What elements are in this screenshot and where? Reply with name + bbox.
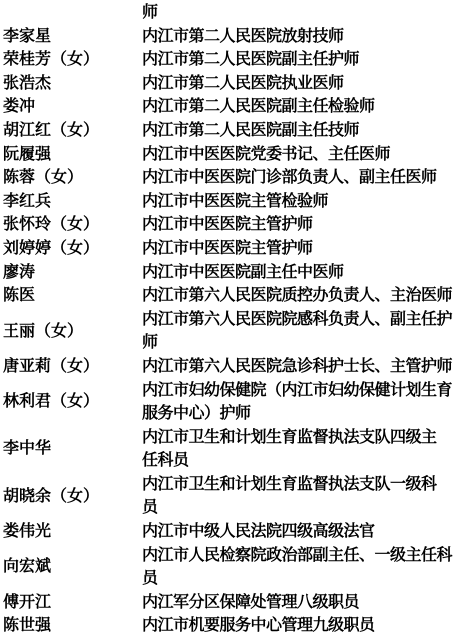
person-name: 胡晓余（女） (3, 485, 142, 509)
person-title: 内江市第六人民医院急诊科护士长、主管护师 (142, 355, 468, 379)
list-item: 娄伟光 内江市中级人民法院四级高级法官 (3, 520, 468, 544)
list-item: 傅开江 内江军分区保障处管理八级职员 (3, 591, 468, 615)
list-item: 向宏斌 内江市人民检察院政治部副主任、一级主任科 员 (3, 544, 468, 591)
list-item: 刘婷婷（女） 内江市中医医院主管护师 (3, 237, 468, 261)
person-name: 胡江红（女） (3, 119, 142, 143)
person-title: 内江市中级人民法院四级高级法官 (142, 520, 468, 544)
person-title: 内江市第二人民医院副主任护师 (142, 48, 468, 72)
list-item: 陈世强 内江市机要服务中心管理九级职员 (3, 614, 468, 638)
person-name: 娄冲 (3, 95, 142, 119)
list-item: 胡晓余（女） 内江市卫生和计划生育监督执法支队一级科 员 (3, 473, 468, 520)
list-item: 李红兵 内江市中医医院主管检验师 (3, 190, 468, 214)
list-item: 陈蓉（女） 内江市中医医院门诊部负责人、副主任医师 (3, 166, 468, 190)
person-name: 张怀玲（女） (3, 213, 142, 237)
roster-page: 师 李家星 内江市第二人民医院放射技师 荣桂芳（女） 内江市第二人民医院副主任护… (0, 0, 468, 640)
list-item: 阮履强 内江市中医医院党委书记、主任医师 (3, 143, 468, 167)
list-item: 张浩杰 内江市第二人民医院执业医师 (3, 72, 468, 96)
person-name: 娄伟光 (3, 520, 142, 544)
list-item: 李家星 内江市第二人民医院放射技师 (3, 25, 468, 49)
person-name: 陈蓉（女） (3, 166, 142, 190)
list-item: 荣桂芳（女） 内江市第二人民医院副主任护师 (3, 48, 468, 72)
person-name: 陈医 (3, 284, 142, 308)
person-title: 内江市第六人民医院质控办负责人、主治医师 (142, 284, 468, 308)
person-title: 内江市第二人民医院放射技师 (142, 25, 468, 49)
person-title: 内江市卫生和计划生育监督执法支队四级主 任科员 (142, 426, 468, 473)
list-item: 唐亚莉（女） 内江市第六人民医院急诊科护士长、主管护师 (3, 355, 468, 379)
person-title: 内江市第二人民医院副主任检验师 (142, 95, 468, 119)
person-title: 内江市中医医院主管护师 (142, 213, 468, 237)
person-name: 李红兵 (3, 190, 142, 214)
person-name: 刘婷婷（女） (3, 237, 142, 261)
person-name: 林利君（女） (3, 390, 142, 414)
person-title: 内江市人民检察院政治部副主任、一级主任科 员 (142, 544, 468, 591)
list-item: 胡江红（女） 内江市第二人民医院副主任技师 (3, 119, 468, 143)
person-title: 内江市卫生和计划生育监督执法支队一级科 员 (142, 473, 468, 520)
person-title: 内江市第二人民医院执业医师 (142, 72, 468, 96)
person-name: 廖涛 (3, 261, 142, 285)
person-name: 李中华 (3, 437, 142, 461)
continuation-text: 师 (142, 1, 468, 25)
person-title: 内江市中医医院副主任中医师 (142, 261, 468, 285)
list-item: 王丽（女） 内江市第六人民医院院感科负责人、副主任护 师 (3, 308, 468, 355)
person-title: 内江市妇幼保健院（内江市妇幼保健计划生育 服务中心）护师 (142, 379, 468, 426)
person-title: 内江市中医医院主管检验师 (142, 190, 468, 214)
person-title: 内江市中医医院门诊部负责人、副主任医师 (142, 166, 468, 190)
person-name: 荣桂芳（女） (3, 48, 142, 72)
person-name: 阮履强 (3, 143, 142, 167)
person-title: 内江军分区保障处管理八级职员 (142, 591, 468, 615)
entries-list: 李家星 内江市第二人民医院放射技师 荣桂芳（女） 内江市第二人民医院副主任护师 … (3, 25, 468, 638)
person-title: 内江市第二人民医院副主任技师 (142, 119, 468, 143)
person-title: 内江市中医医院主管护师 (142, 237, 468, 261)
person-title: 内江市第六人民医院院感科负责人、副主任护 师 (142, 308, 468, 355)
person-name: 向宏斌 (3, 555, 142, 579)
list-item: 娄冲 内江市第二人民医院副主任检验师 (3, 95, 468, 119)
person-title: 内江市中医医院党委书记、主任医师 (142, 143, 468, 167)
person-name: 李家星 (3, 25, 142, 49)
list-item: 张怀玲（女） 内江市中医医院主管护师 (3, 213, 468, 237)
list-item: 李中华 内江市卫生和计划生育监督执法支队四级主 任科员 (3, 426, 468, 473)
person-name: 王丽（女） (3, 320, 142, 344)
person-title: 内江市机要服务中心管理九级职员 (142, 614, 468, 638)
person-name: 傅开江 (3, 591, 142, 615)
person-name: 张浩杰 (3, 72, 142, 96)
continuation-row: 师 (3, 1, 468, 25)
list-item: 陈医 内江市第六人民医院质控办负责人、主治医师 (3, 284, 468, 308)
person-name: 陈世强 (3, 614, 142, 638)
person-name: 唐亚莉（女） (3, 355, 142, 379)
list-item: 廖涛 内江市中医医院副主任中医师 (3, 261, 468, 285)
list-item: 林利君（女） 内江市妇幼保健院（内江市妇幼保健计划生育 服务中心）护师 (3, 379, 468, 426)
